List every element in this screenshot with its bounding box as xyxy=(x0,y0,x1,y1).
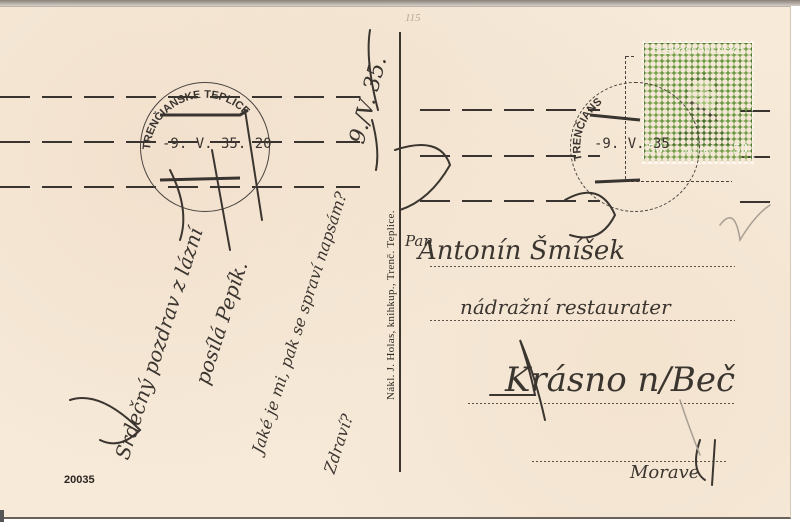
address-line xyxy=(468,403,734,404)
scan-corner xyxy=(0,510,4,522)
address-town: Krásno n/Beč xyxy=(505,360,735,400)
cancel-line xyxy=(740,201,780,203)
cancel-line xyxy=(420,200,600,202)
center-divider xyxy=(399,32,401,472)
publisher-imprint: Nákl. J. Holas, knihkup., Trenč. Teplice… xyxy=(385,210,397,400)
postmark-right-date: -9. V. 35 xyxy=(594,136,670,152)
stamp-box-border xyxy=(626,56,634,57)
cancel-line xyxy=(420,109,600,111)
serial-number: 20035 xyxy=(64,474,95,486)
pencil-note: 115 xyxy=(405,12,421,24)
address-line xyxy=(430,266,735,267)
postmark-left-date: -9. V. 35. 20 xyxy=(162,136,272,152)
address-region: Morave xyxy=(630,462,699,483)
address-name: Antonín Šmíšek xyxy=(418,236,625,266)
stamp-value-right: 50 xyxy=(733,141,748,158)
stamp-country: ČESKOSLOVENSKO xyxy=(645,46,751,56)
address-line xyxy=(430,320,735,321)
address-title: nádražní restaurater xyxy=(460,295,671,319)
